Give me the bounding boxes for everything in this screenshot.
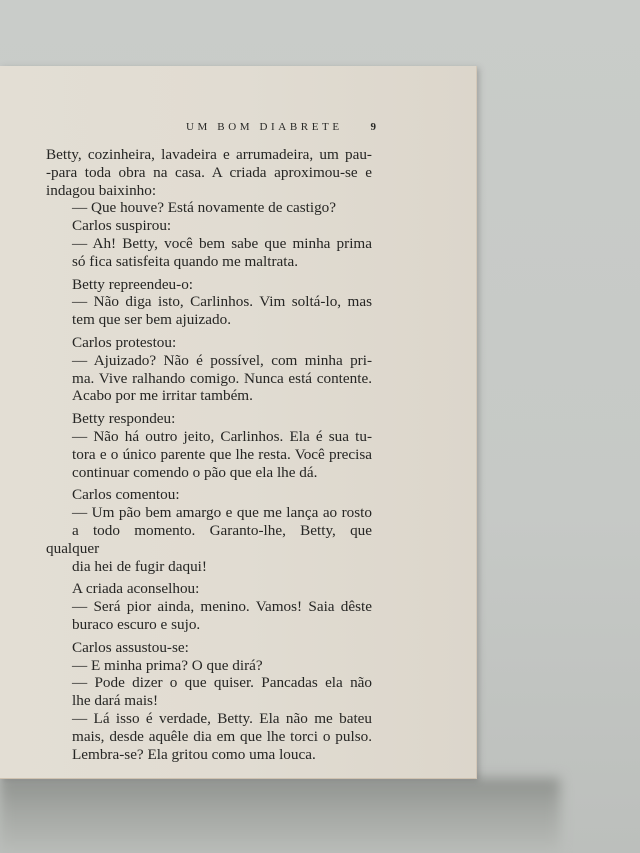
text-line: Carlos assustou-se: — [46, 639, 372, 657]
text-line: mais, desde aquêle dia em que lhe torci … — [46, 728, 372, 746]
text-line: a todo momento. Garanto-lhe, Betty, que … — [46, 522, 372, 558]
paragraph: — Não há outro jeito, Carlinhos. Ela é s… — [46, 428, 372, 481]
text-line: Betty, cozinheira, lavadeira e arrumadei… — [46, 146, 372, 164]
paragraph: — Não diga isto, Carlinhos. Vim soltá-lo… — [46, 293, 372, 329]
paragraph: — Lá isso é verdade, Betty. Ela não me b… — [46, 710, 372, 763]
paragraph: — Ah! Betty, você bem sabe que minha pri… — [46, 235, 372, 271]
text-line: Betty respondeu: — [46, 410, 372, 428]
paragraph: Carlos suspirou: — [46, 217, 372, 235]
text-line: — E minha prima? O que dirá? — [46, 657, 372, 675]
page-shadow — [0, 778, 560, 853]
paragraph: Betty repreendeu-o: — [46, 276, 372, 294]
text-line: — Pode dizer o que quiser. Pancadas ela … — [46, 674, 372, 692]
text-line: dia hei de fugir daqui! — [46, 558, 372, 576]
page-number: 9 — [371, 121, 377, 133]
body-text: Betty, cozinheira, lavadeira e arrumadei… — [46, 146, 372, 763]
text-line: continuar comendo o pão que ela lhe dá. — [46, 464, 372, 482]
paragraph: — Pode dizer o que quiser. Pancadas ela … — [46, 674, 372, 710]
text-line: Carlos comentou: — [46, 486, 372, 504]
text-line: Betty repreendeu-o: — [46, 276, 372, 294]
text-line: — Ah! Betty, você bem sabe que minha pri… — [46, 235, 372, 253]
paragraph: — Será pior ainda, menino. Vamos! Saia d… — [46, 598, 372, 634]
text-line: — Que houve? Está novamente de castigo? — [46, 199, 372, 217]
paragraph: Betty respondeu: — [46, 410, 372, 428]
text-line: — Um pão bem amargo e que me lança ao ro… — [46, 504, 372, 522]
text-line: lhe dará mais! — [46, 692, 372, 710]
text-line: tora e o único parente que lhe resta. Vo… — [46, 446, 372, 464]
text-line: só fica satisfeita quando me maltrata. — [46, 253, 372, 271]
text-line: — Não diga isto, Carlinhos. Vim soltá-lo… — [46, 293, 372, 311]
text-line: indagou baixinho: — [46, 182, 372, 200]
paragraph: Carlos comentou: — [46, 486, 372, 504]
paragraph: Carlos protestou: — [46, 334, 372, 352]
paragraph: A criada aconselhou: — [46, 580, 372, 598]
text-line: Lembra-se? Ela gritou como uma louca. — [46, 746, 372, 764]
paragraph: — Que houve? Está novamente de castigo? — [46, 199, 372, 217]
paragraph: — Um pão bem amargo e que me lança ao ro… — [46, 504, 372, 575]
text-line: — Será pior ainda, menino. Vamos! Saia d… — [46, 598, 372, 616]
paragraph: Betty, cozinheira, lavadeira e arrumadei… — [46, 146, 372, 199]
text-line: buraco escuro e sujo. — [46, 616, 372, 634]
text-line: -para toda obra na casa. A criada aproxi… — [46, 164, 372, 182]
running-head: UM BOM DIABRETE 9 — [186, 121, 376, 133]
running-head-title: UM BOM DIABRETE — [186, 121, 343, 133]
text-line: — Ajuizado? Não é possível, com minha pr… — [46, 352, 372, 370]
text-line: tem que ser bem ajuizado. — [46, 311, 372, 329]
text-line: Carlos protestou: — [46, 334, 372, 352]
text-line: — Não há outro jeito, Carlinhos. Ela é s… — [46, 428, 372, 446]
text-line: Carlos suspirou: — [46, 217, 372, 235]
text-line: A criada aconselhou: — [46, 580, 372, 598]
paragraph: — E minha prima? O que dirá? — [46, 657, 372, 675]
text-line: ma. Vive ralhando comigo. Nunca está con… — [46, 370, 372, 388]
paragraph: — Ajuizado? Não é possível, com minha pr… — [46, 352, 372, 405]
text-line: — Lá isso é verdade, Betty. Ela não me b… — [46, 710, 372, 728]
paragraph: Carlos assustou-se: — [46, 639, 372, 657]
text-line: Acabo por me irritar também. — [46, 387, 372, 405]
